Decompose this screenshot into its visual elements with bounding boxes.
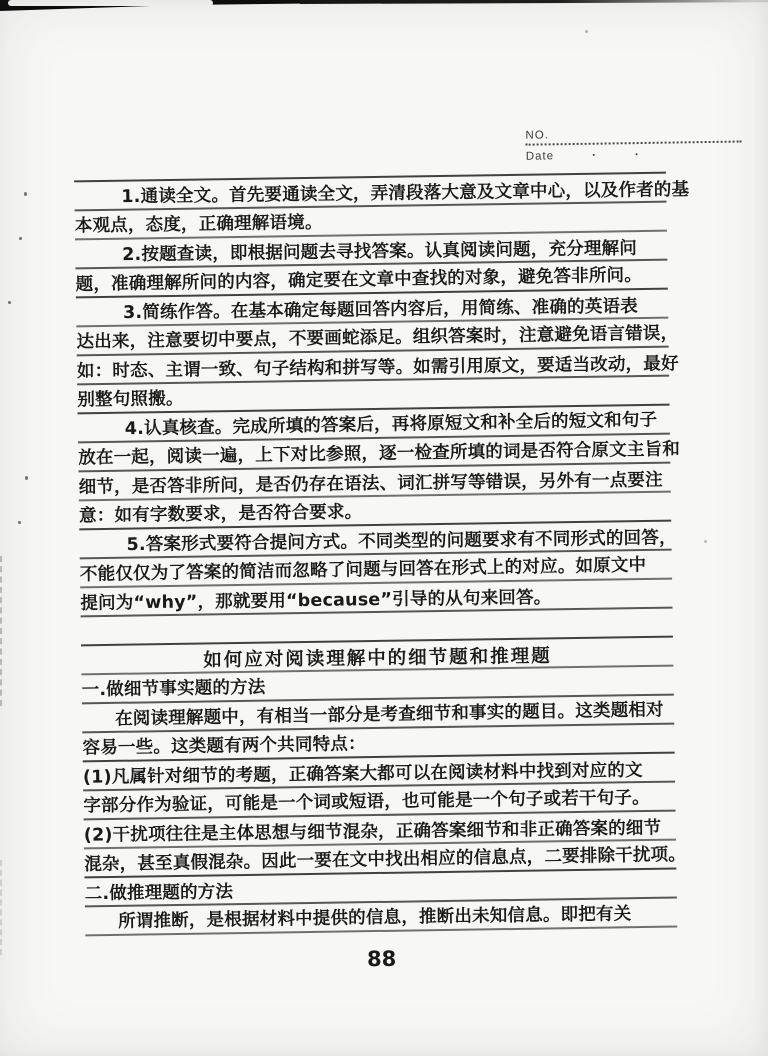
scan-artifact-top-line [300,0,768,4]
ruled-lines-area: 1.通读全文。首先要通读全文，弄清段落大意及文章中心，以及作者的基 本观点，态度… [74,145,678,937]
scan-speck [19,237,22,240]
scan-speck [24,192,27,196]
scan-speck [18,521,21,524]
page-number: 88 [86,943,678,976]
scan-artifact-left-perforation [0,556,2,706]
scan-speck [8,301,11,304]
scan-speck [25,476,28,480]
line-text: 容易一些。这类题有两个共同特点： [82,732,366,761]
scan-artifact-corner-notch [8,0,213,6]
line-text: 本观点，态度，正确理解语境。 [75,211,323,240]
scan-speck [704,540,707,543]
heading-text: 如何应对阅读理解中的细节题和推理题 [203,644,552,673]
line-text: 别整句照搬。 [77,387,184,414]
line-text: 所谓推断，是根据材料中提供的信息，推断出未知信息。即把有关 [118,902,632,935]
notebook-sheet: NO. Date·· 1.通读全文。首先要通读全文，弄清段落大意及文章中心，以及… [73,128,678,1017]
scanned-notebook-page: { "document": { "header": { "no_label": … [0,0,768,1056]
line-text: 二.做推理题的方法 [85,880,234,907]
line-text: 意：如有字数要求，是否符合要求。 [79,500,363,529]
scan-artifact-left-perforation [0,860,2,955]
line-text: 一.做细节事实题的方法 [82,676,266,704]
no-label: NO. [525,125,768,141]
scan-speck [585,30,588,33]
